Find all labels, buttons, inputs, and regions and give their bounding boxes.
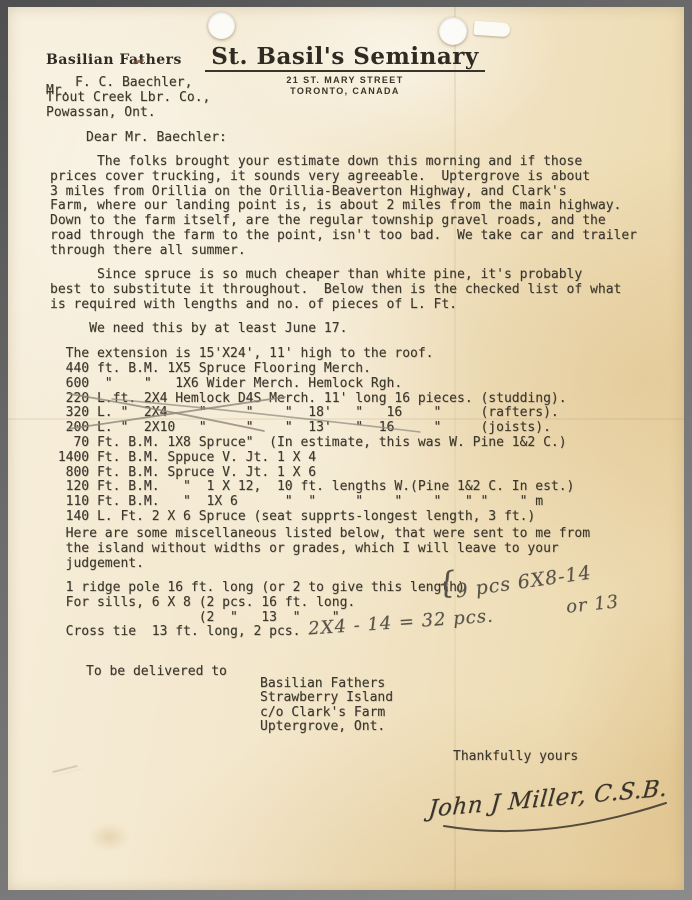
need-by-line: We need this by at least June 17. xyxy=(50,322,347,337)
faint-pencil-scribble xyxy=(52,765,78,773)
paper-tear xyxy=(474,21,511,37)
misc-paragraph: Here are some miscellaneous listed below… xyxy=(50,527,590,571)
letter-content: Basilian Fathers St. Basil's Seminary 21… xyxy=(0,0,692,900)
letterhead-block: St. Basil's Seminary 21 ST. MARY STREET … xyxy=(195,45,495,97)
recipient-city: Powassan, Ont. xyxy=(46,106,156,121)
letterhead-title: St. Basil's Seminary xyxy=(205,45,484,72)
letterhead-city: TORONTO, CANADA xyxy=(195,86,495,97)
lumber-list: 440 ft. B.M. 1X5 Spruce Flooring Merch. … xyxy=(50,362,650,525)
paragraph-spruce: Since spruce is so much cheaper than whi… xyxy=(50,268,621,312)
signature-underline-stroke xyxy=(444,803,666,831)
recipient-name: F. C. Baechler, xyxy=(75,76,192,91)
delivery-label: To be delivered to xyxy=(86,665,227,680)
punch-hole-right xyxy=(439,17,467,45)
scanned-letter-page: Basilian Fathers St. Basil's Seminary 21… xyxy=(0,0,692,900)
closing: Thankfully yours xyxy=(453,750,578,765)
letterhead-street: 21 ST. MARY STREET xyxy=(195,75,495,86)
extension-line: The extension is 15'X24', 11' high to th… xyxy=(50,347,434,362)
handwritten-note-or: or 13 xyxy=(565,591,620,617)
recipient-company: Trout Creek Lbr. Co., xyxy=(46,91,210,106)
punch-hole-left xyxy=(208,12,235,39)
salutation: Dear Mr. Baechler: xyxy=(86,131,227,146)
signature-flourish xyxy=(428,800,678,840)
delivery-address: Basilian Fathers Strawberry Island c/o C… xyxy=(260,677,393,735)
lumber-list-section: 440 ft. B.M. 1X5 Spruce Flooring Merch. … xyxy=(50,362,650,532)
letterhead-brand: Basilian Fathers xyxy=(46,52,182,68)
paragraph-trucking: The folks brought your estimate down thi… xyxy=(50,155,637,259)
